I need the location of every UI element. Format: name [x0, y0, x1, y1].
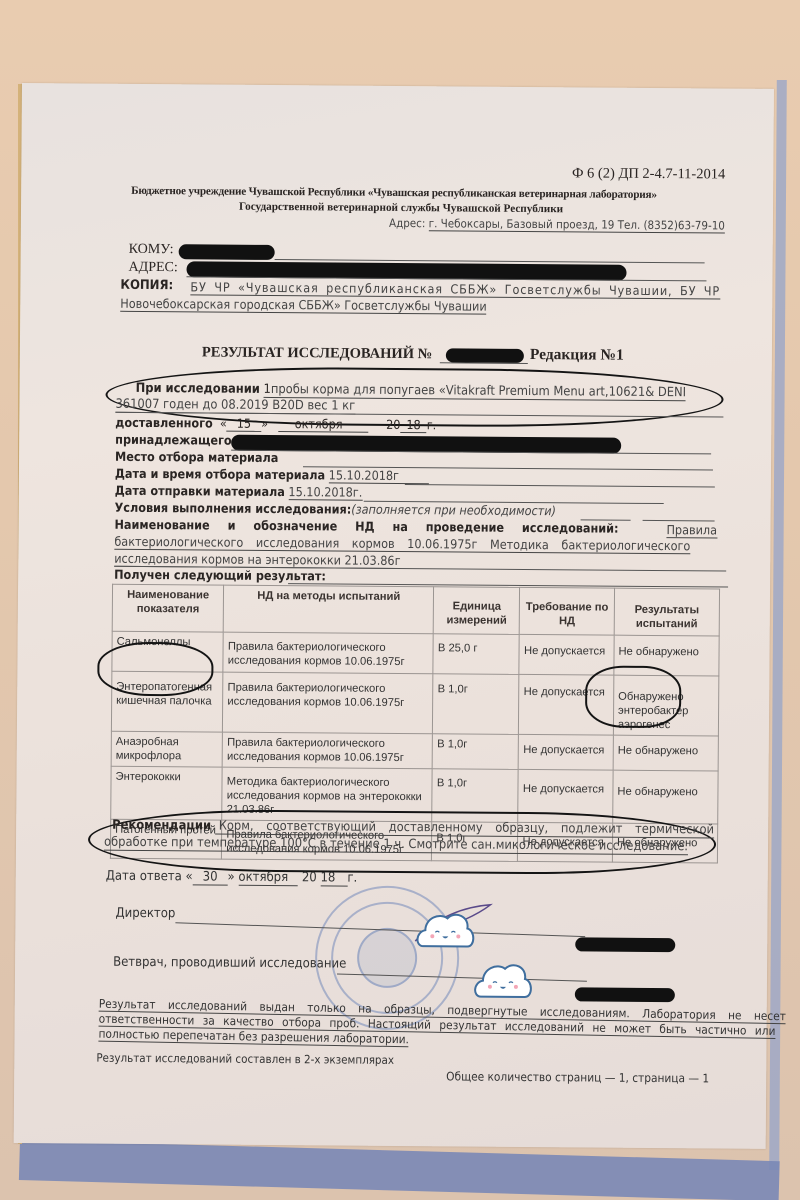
- cell-method: Правила бактериологического исследования…: [223, 632, 433, 674]
- copy-label: КОПИЯ:: [120, 278, 173, 293]
- highlight-oval-ecoli: [97, 642, 213, 697]
- address-field-label: АДРЕС:: [128, 260, 177, 276]
- header-indicator: Наименование показателя: [112, 584, 224, 632]
- paper-shadow-bottom: [19, 1140, 780, 1200]
- header-method: НД на методы испытаний: [224, 585, 434, 634]
- header-requirement: Требование по НД: [520, 587, 615, 635]
- sent-date: 15.10.2018г.: [288, 484, 362, 501]
- result-heading: Получен следующий результат:: [114, 567, 326, 584]
- redacted-vet-name: [575, 987, 675, 1002]
- address-label: Адрес:: [389, 216, 425, 230]
- sent-date-label: Дата отправки материала: [115, 483, 285, 499]
- sample-label: При исследовании: [136, 381, 260, 397]
- form-code: Ф 6 (2) ДП 2-4.7-11-2014: [572, 165, 725, 183]
- cell-unit: В 25,0 г: [433, 634, 519, 675]
- org-name-line1: Бюджетное учреждение Чувашской Республик…: [131, 185, 657, 201]
- highlight-oval-result: [585, 665, 681, 728]
- sampling-datetime-row: Дата и время отбора материала 15.10.2018…: [115, 466, 429, 483]
- answer-year-prefix: 20: [302, 870, 317, 885]
- cloud-sticker-icon: [413, 906, 477, 951]
- sampling-datetime-label: Дата и время отбора материала: [115, 466, 325, 483]
- cell-result: Не обнаружено: [613, 770, 718, 824]
- document-content: Ф 6 (2) ДП 2-4.7-11-2014 Бюджетное учреж…: [14, 83, 774, 1149]
- redacted-director-name: [575, 937, 675, 952]
- answer-day: 30: [193, 869, 228, 885]
- header-result: Результаты испытаний: [614, 588, 719, 636]
- conditions-row: Условия выполнения исследования:(заполня…: [115, 500, 556, 518]
- to-label: КОМУ:: [129, 242, 174, 258]
- delivered-month: октября: [279, 416, 369, 433]
- results-table-header: Наименование показателя НД на методы исп…: [112, 584, 719, 636]
- document-page: Ф 6 (2) ДП 2-4.7-11-2014 Бюджетное учреж…: [14, 83, 774, 1149]
- cell-requirement: Не допускается: [519, 734, 614, 770]
- copy-line2: Новочебоксарская городская СББЖ» Госветс…: [120, 296, 487, 315]
- delivered-year-suffix: г.: [427, 417, 437, 432]
- vet-label: Ветврач, проводивший исследование: [113, 955, 346, 972]
- delivered-day: 15: [227, 416, 261, 432]
- nd-value-part1: Правила: [666, 522, 717, 538]
- owner-label: принадлежащего: [115, 432, 232, 448]
- answer-year: 18: [320, 870, 347, 886]
- cell-method: Правила бактериологического исследования…: [222, 732, 432, 769]
- conditions-hint: (заполняется при необходимости): [351, 502, 556, 519]
- edition-label: Редакция №1: [530, 346, 624, 365]
- result-title: РЕЗУЛЬТАТ ИССЛЕДОВАНИЙ №: [202, 344, 432, 363]
- cell-unit: В 1,0г: [432, 734, 518, 770]
- conditions-label: Условия выполнения исследования:: [115, 500, 352, 517]
- answer-date: Дата ответа «30» октября 20 18г.: [106, 869, 358, 886]
- answer-year-suffix: г.: [347, 871, 357, 886]
- answer-date-label: Дата ответа «: [106, 869, 193, 885]
- cloud-sticker-icon: [471, 957, 535, 1002]
- answer-quote: »: [228, 870, 235, 885]
- delivered-year-prefix: 20: [386, 417, 400, 432]
- copies-note: Результат исследований составлен в 2-х э…: [96, 1051, 394, 1067]
- cell-method: Правила бактериологического исследования…: [223, 672, 433, 734]
- result-number-underline: [440, 362, 528, 364]
- table-row: Анаэробная микрофлора Правила бактериоло…: [111, 731, 718, 771]
- org-address: Адрес: г. Чебоксары, Базовый проезд, 19 …: [389, 216, 725, 233]
- cell-requirement: Не допускается: [519, 634, 614, 675]
- sent-date-row: Дата отправки материала 15.10.2018г.: [115, 483, 363, 500]
- delivered-label: доставленного: [115, 415, 213, 431]
- org-name-line2: Государственной ветеринарной службы Чува…: [239, 201, 563, 216]
- nd-label: Наименование и обозначение НД на проведе…: [114, 517, 618, 536]
- cell-indicator: Анаэробная микрофлора: [111, 731, 223, 767]
- address-value: г. Чебоксары, Базовый проезд, 19 Тел. (8…: [429, 216, 725, 233]
- cell-result: Не обнаружено: [613, 735, 718, 771]
- director-label: Директор: [115, 906, 175, 921]
- cell-unit: В 1,0г: [433, 674, 520, 735]
- page-count: Общее количество страниц — 1, страница —…: [446, 1069, 709, 1085]
- sampling-underline: [405, 484, 715, 487]
- delivered-year: 18: [400, 417, 426, 433]
- answer-month: октября: [238, 870, 298, 886]
- place-label: Место отбора материала: [115, 449, 278, 465]
- redacted-result-number: [446, 348, 524, 363]
- delivery-date: доставленного «15» октября 2018г.: [115, 415, 436, 433]
- recommendations-label: Рекомендации: [112, 818, 211, 834]
- header-unit: Единица измерений: [434, 587, 520, 635]
- sampling-datetime: 15.10.2018г: [329, 467, 429, 484]
- redacted-recipient: [179, 244, 275, 260]
